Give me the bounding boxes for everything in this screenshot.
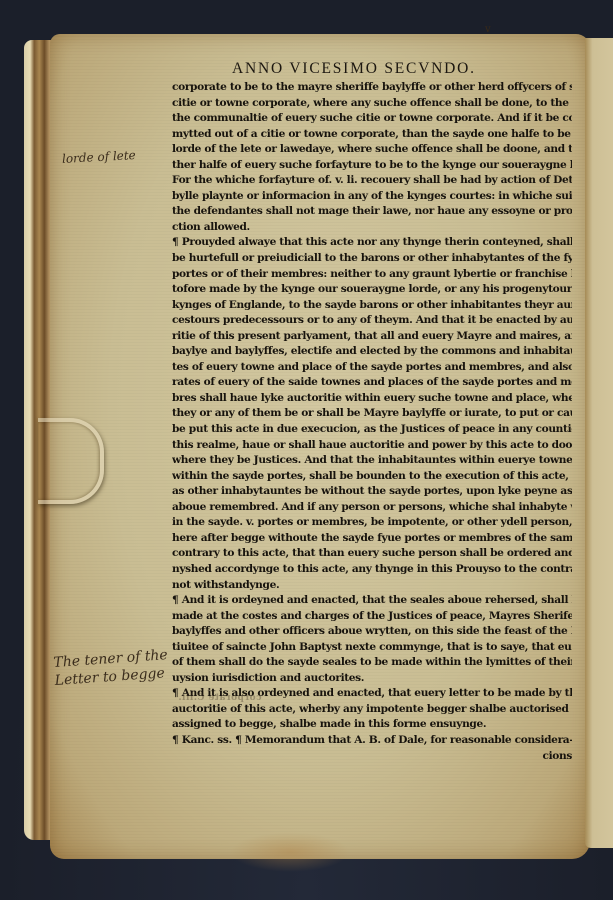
text-line: aboue remembred. And if any person or pe… xyxy=(172,500,572,516)
page-clip-icon xyxy=(38,418,104,504)
text-line: where they be Justices. And that the inh… xyxy=(172,453,572,469)
text-line: as other inhabytauntes be without the sa… xyxy=(172,484,572,500)
text-line: assigned to begge, shalbe made in this f… xyxy=(172,717,572,733)
paragraph-start: ¶ Prouyded alwaye that this acte nor any… xyxy=(172,235,572,251)
text-line: the defendantes shall not mage their law… xyxy=(172,204,572,220)
text-line: lorde of the lete or lawedaye, where suc… xyxy=(172,142,572,158)
text-line: ther halfe of euery suche forfayture to … xyxy=(172,158,572,174)
margin-annotation-lete: lorde of lete xyxy=(62,146,137,168)
body-text: corporate to be to the mayre sheriffe ba… xyxy=(172,80,572,764)
text-line: ritie of this present parlyament, that a… xyxy=(172,329,572,345)
text-line: be hurtefull or preiudiciall to the baro… xyxy=(172,251,572,267)
text-line: of them shall do the sayde seales to be … xyxy=(172,655,572,671)
text-line: rates of euery of the saide townes and p… xyxy=(172,375,572,391)
signature-mark: v xyxy=(485,24,491,35)
text-line: made at the costes and charges of the Ju… xyxy=(172,609,572,625)
text-line: baylyffes and other officers aboue wrytt… xyxy=(172,624,572,640)
text-line: uysion iurisdiction and auctorites. xyxy=(172,671,572,687)
text-line: this realme, haue or shall haue auctorit… xyxy=(172,438,572,454)
text-line: here after begge withoute the sayde fyue… xyxy=(172,531,572,547)
text-line: they or any of them be or shall be Mayre… xyxy=(172,406,572,422)
text-line: cestours predecessours or to any of they… xyxy=(172,313,572,329)
text-line: corporate to be to the mayre sheriffe ba… xyxy=(172,80,572,96)
text-line: the communaltie of euery suche citie or … xyxy=(172,111,572,127)
paragraph-start: ¶ And it is ordeyned and enacted, that t… xyxy=(172,593,572,609)
text-line: For the whiche forfayture of. v. li. rec… xyxy=(172,173,572,189)
text-line: be put this acte in due execucion, as th… xyxy=(172,422,572,438)
text-line: contrary to this acte, that than euery s… xyxy=(172,546,572,562)
text-line: tofore made by the kynge our soueraygne … xyxy=(172,282,572,298)
text-line: kynges of Englande, to the sayde barons … xyxy=(172,298,572,314)
text-line: nyshed accordynge to this acte, any thyn… xyxy=(172,562,572,578)
text-line: mytted out of a citie or towne corporate… xyxy=(172,127,572,143)
text-line: citie or towne corporate, where any such… xyxy=(172,96,572,112)
text-line: baylye and baylyffes, electife and elect… xyxy=(172,344,572,360)
facing-page-edge xyxy=(585,38,613,848)
catchword: cions xyxy=(172,749,572,765)
text-line: not withstandynge. xyxy=(172,578,572,594)
running-head: ANNO VICESIMO SECVNDO. xyxy=(232,60,476,78)
text-line: bres shall haue lyke auctoritie within e… xyxy=(172,391,572,407)
text-line: auctoritie of this acte, wherby any impo… xyxy=(172,702,572,718)
text-line: bylle playnte or informacion in any of t… xyxy=(172,189,572,205)
text-line: within the sayde portes, shall be bounde… xyxy=(172,469,572,485)
water-stain xyxy=(230,832,350,872)
text-line: ction allowed. xyxy=(172,220,572,236)
text-line: portes or of their membres: neither to a… xyxy=(172,267,572,283)
show-through-text: corporate C.iii. xyxy=(178,693,262,703)
text-line: in the sayde. v. portes or membres, be i… xyxy=(172,515,572,531)
paragraph-start: ¶ Kanc. ss. ¶ Memorandum that A. B. of D… xyxy=(172,733,572,749)
text-line: tiuitee of saincte John Baptyst nexte co… xyxy=(172,640,572,656)
text-line: tes of euery towne and place of the sayd… xyxy=(172,360,572,376)
